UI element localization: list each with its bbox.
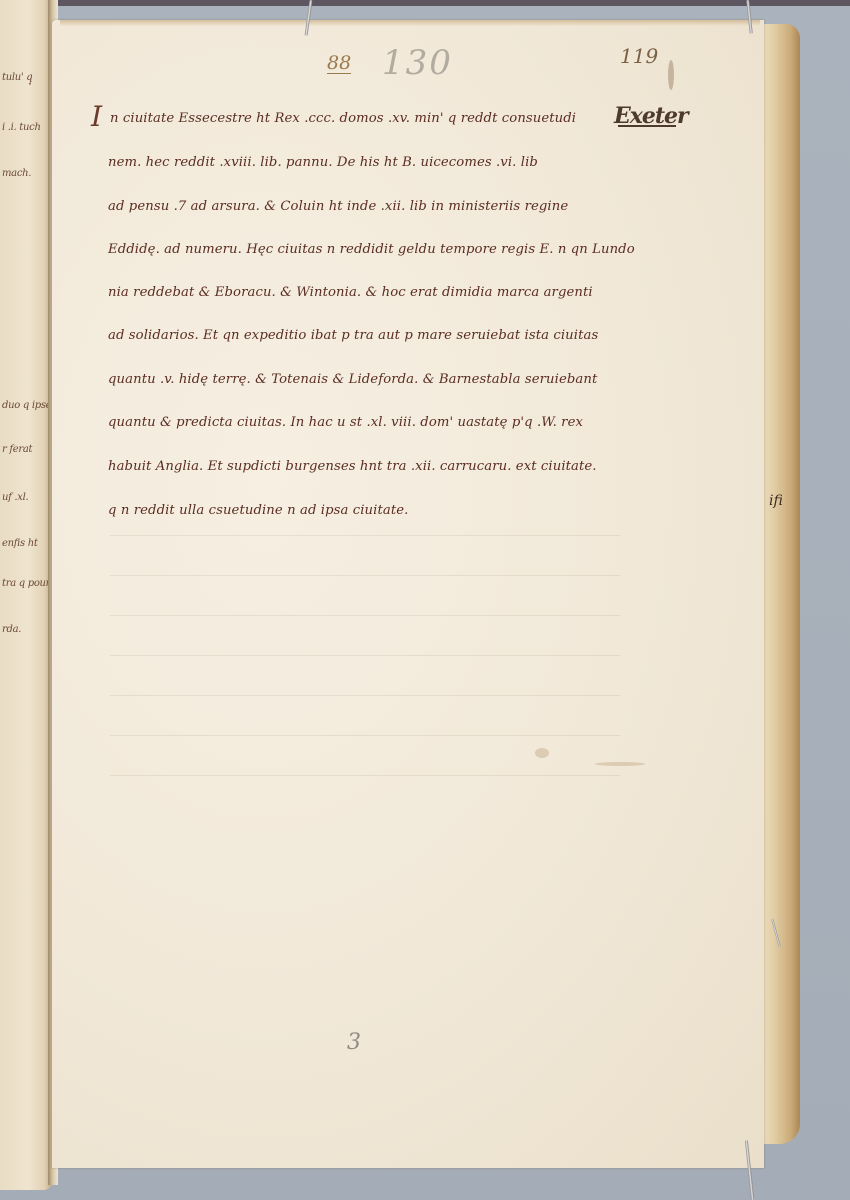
ruling-line [110,735,620,736]
manuscript-line: ad pensu .7 ad arsura. & Coluin ht inde … [108,199,568,214]
ink-stain [595,762,645,766]
manuscript-line: Eddidę. ad numeru. Hęc ciuitas n reddidi… [108,242,635,257]
left-page-fragment: r ferat [2,444,32,455]
ruling-line [110,695,620,696]
manuscript-line: nia reddebat & Eboracu. & Wintonia. & ho… [108,285,593,300]
leaf-top-stain [60,20,760,26]
right-margin-note: ifi [769,493,783,509]
manuscript-line: quantu & predicta ciuitas. In hac u st .… [108,415,583,430]
marginal-heading: Exeter [614,103,688,129]
left-page-fragment: rda. [2,624,21,635]
ruling-line [110,575,620,576]
ink-folio-number: 119 [620,44,658,68]
ruling-line [110,615,620,616]
manuscript-line: nem. hec reddit .xviii. lib. pannu. De h… [108,155,538,170]
manuscript-line: q n reddit ulla csuetudine n ad ipsa ciu… [108,503,408,518]
left-page-fragment: mach. [2,168,31,179]
left-page-fragment: tulu' q̥ [2,72,32,83]
ruling-line [110,655,620,656]
initial-letter: I [91,100,102,133]
ruling-line [110,775,620,776]
manuscript-line: n ciuitate Essecestre ht Rex .ccc. domos… [110,111,576,126]
old-folio-number: 88 [327,53,351,74]
manuscript-line: quantu .v. hidę terrę. & Totenais & Lide… [108,372,597,387]
ink-stain [668,60,674,90]
left-page-fragment: duo q ipse [2,400,51,411]
manuscript-line: ad solidarios. Et qn expeditio ibat p tr… [108,328,598,343]
left-page-fragment: uf .xl. [2,492,28,503]
left-facing-page: tulu' q̥ i .i. tuch mach. duo q ipse r f… [0,0,52,1190]
left-page-fragment: i .i. tuch [2,122,41,133]
bottom-page-mark: 3 [347,1030,361,1055]
left-page-fragment: tra q pour [2,578,50,589]
manuscript-leaf [52,20,764,1168]
ruling-line [110,535,620,536]
manuscript-line: habuit Anglia. Et supdicti burgenses hnt… [108,459,597,474]
pencil-folio-number: 130 [382,43,453,83]
ink-stain [535,748,549,758]
left-page-fragment: enfis ht [2,538,38,549]
